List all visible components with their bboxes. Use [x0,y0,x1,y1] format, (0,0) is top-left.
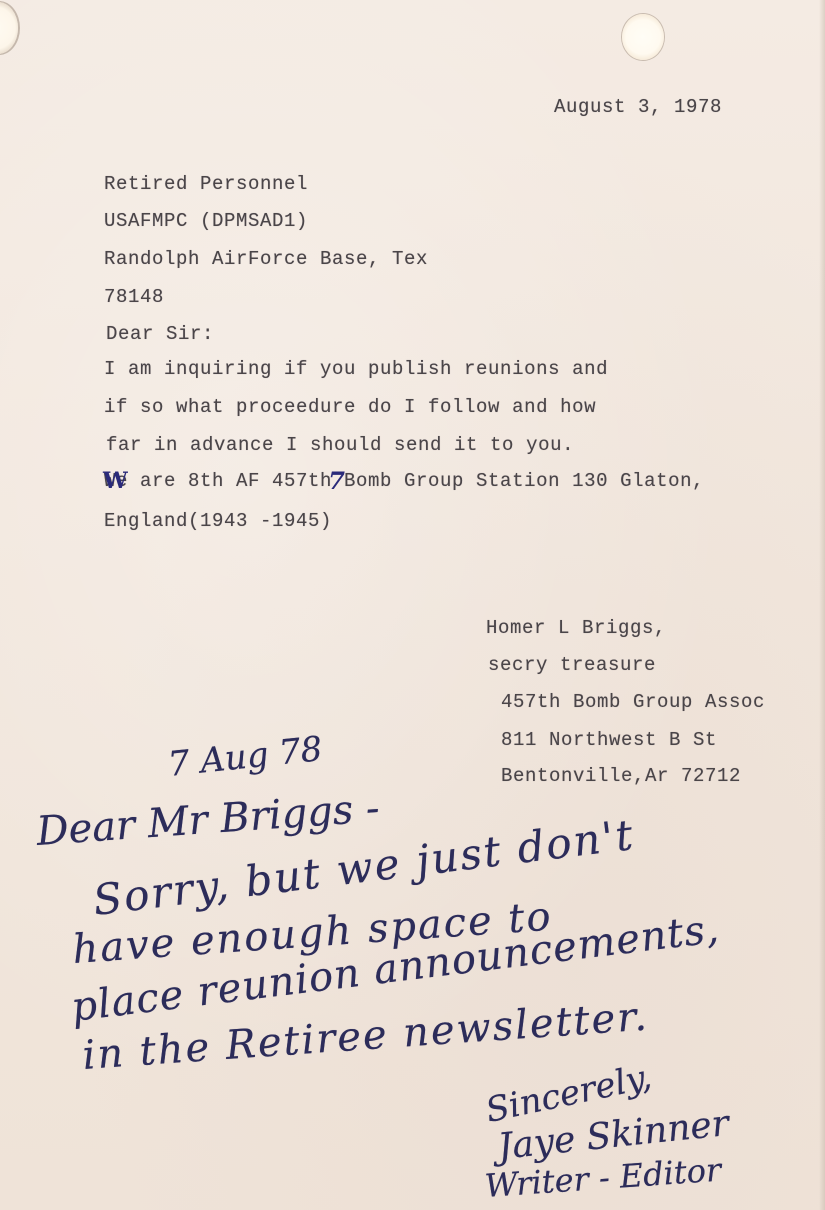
sender-city: Bentonville,Ar 72712 [501,767,741,786]
recipient-line-3: Randolph AirForce Base, Tex [104,250,428,269]
reply-date: 7 Aug 78 [166,732,323,782]
body-line-2: if so what proceedure do I follow and ho… [104,398,596,417]
ink-correction-w: W [103,470,128,492]
letter-salutation: Dear Sir: [106,325,214,344]
recipient-line-4: 78148 [104,288,164,307]
torn-edge-hole [0,2,18,54]
body-line-1: I am inquiring if you publish reunions a… [104,360,608,379]
letter-date: August 3, 1978 [554,98,722,117]
body-line-5: England(1943 -1945) [104,512,332,531]
letter-page: August 3, 1978 Retired Personnel USAFMPC… [0,0,825,1210]
punch-hole [622,14,664,60]
recipient-line-2: USAFMPC (DPMSAD1) [104,212,308,231]
sender-org: 457th Bomb Group Assoc [501,693,765,712]
paper-edge-shadow [819,0,825,1210]
sender-title: secry treasure [488,656,656,675]
body-line-3: far in advance I should send it to you. [106,436,574,455]
recipient-line-1: Retired Personnel [104,175,308,194]
reply-salutation: Dear Mr Briggs - [35,788,380,852]
sender-name: Homer L Briggs, [486,619,666,638]
sender-street: 811 Northwest B St [501,731,717,750]
body-line-4: We are 8th AF 457th Bomb Group Station 1… [104,472,704,491]
